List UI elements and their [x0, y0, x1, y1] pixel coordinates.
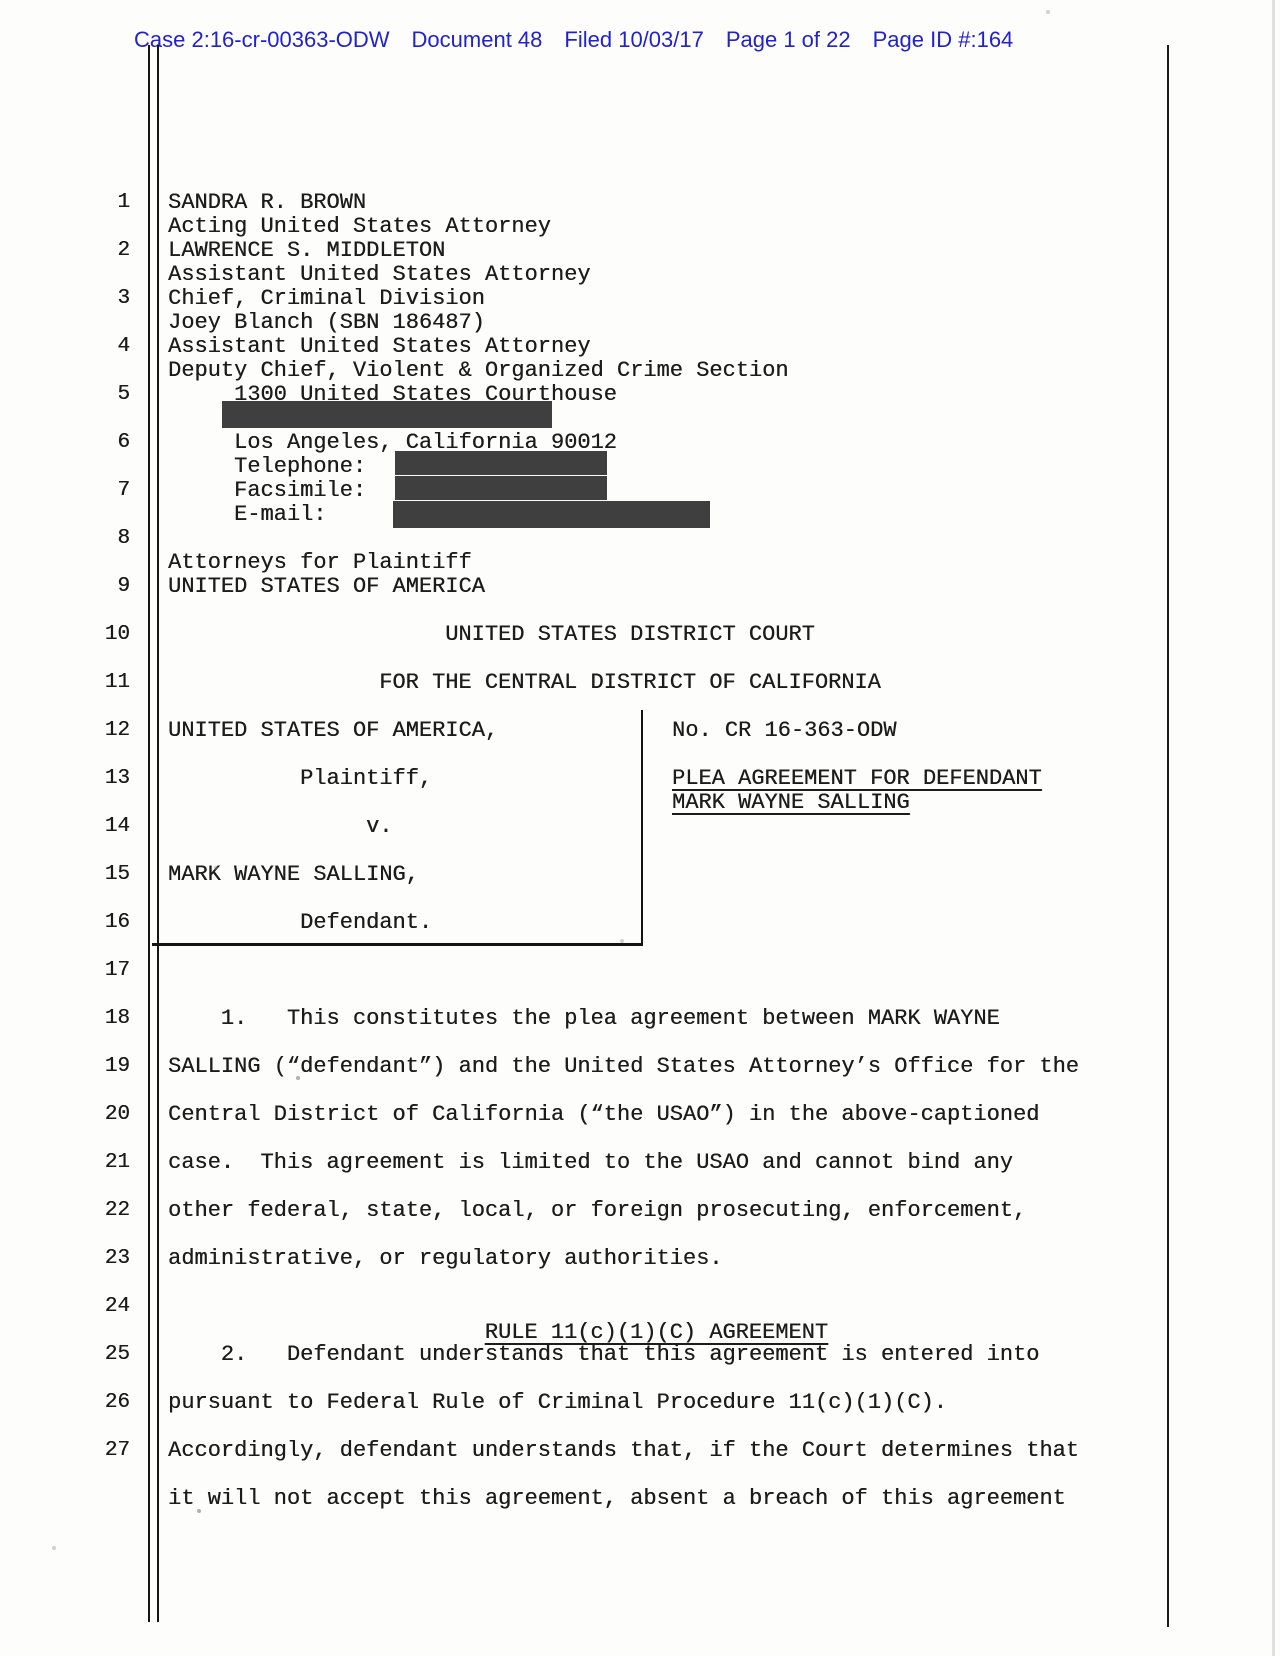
telephone-label: Telephone:	[168, 454, 366, 480]
pleading-left-double-rule	[148, 45, 159, 1622]
line-number-23: 23	[70, 1246, 130, 1272]
caption-case-number: No. CR 16-363-ODW	[672, 718, 896, 744]
line-number-2: 2	[70, 238, 130, 264]
scanned-court-document-page: Case 2:16-cr-00363-ODW Document 48 Filed…	[0, 0, 1280, 1656]
line-number-21: 21	[70, 1150, 130, 1176]
line-number-3: 3	[70, 286, 130, 312]
redaction-bar-facsimile	[395, 476, 607, 500]
line-number-1: 1	[70, 190, 130, 216]
line-number-15: 15	[70, 862, 130, 888]
line-number-27: 27	[70, 1438, 130, 1464]
scan-speck	[197, 1509, 201, 1513]
body-line: Central District of California (“the USA…	[168, 1102, 1039, 1128]
body-line: 2. Defendant understands that this agree…	[168, 1342, 1039, 1368]
body-line: administrative, or regulatory authoritie…	[168, 1246, 723, 1272]
body-line: Accordingly, defendant understands that,…	[168, 1438, 1079, 1464]
redaction-bar-email	[393, 501, 710, 528]
line-number-10: 10	[70, 622, 130, 648]
line-number-20: 20	[70, 1102, 130, 1128]
line-number-16: 16	[70, 910, 130, 936]
scan-speck	[296, 1076, 300, 1080]
pleading-right-rule	[1167, 45, 1169, 1627]
facsimile-label: Facsimile:	[168, 478, 366, 504]
caption-versus: v.	[168, 814, 392, 840]
attorney-line: SANDRA R. BROWN	[168, 190, 366, 216]
line-number-12: 12	[70, 718, 130, 744]
court-district: FOR THE CENTRAL DISTRICT OF CALIFORNIA	[168, 670, 1092, 696]
body-line: other federal, state, local, or foreign …	[168, 1198, 1026, 1224]
scan-edge-artifact	[1272, 0, 1275, 1656]
body-line: case. This agreement is limited to the U…	[168, 1150, 1013, 1176]
line-number-7: 7	[70, 478, 130, 504]
line-number-24: 24	[70, 1294, 130, 1320]
scan-speck	[52, 1546, 56, 1550]
stamp-page-id: Page ID #:164	[873, 28, 1014, 52]
line-number-6: 6	[70, 430, 130, 456]
body-line: 1. This constitutes the plea agreement b…	[168, 1006, 1000, 1032]
line-number-13: 13	[70, 766, 130, 792]
caption-plaintiff-name: UNITED STATES OF AMERICA,	[168, 718, 498, 744]
stamp-page-count: Page 1 of 22	[726, 28, 851, 52]
scan-speck	[620, 939, 624, 943]
court-title: UNITED STATES DISTRICT COURT	[168, 622, 1092, 648]
attorney-line: Joey Blanch (SBN 186487)	[168, 310, 485, 336]
attorney-line: Chief, Criminal Division	[168, 286, 485, 312]
scan-speck	[214, 866, 218, 870]
plaintiff-usa-line: UNITED STATES OF AMERICA	[168, 574, 485, 600]
scan-speck	[1046, 10, 1050, 14]
line-number-26: 26	[70, 1390, 130, 1416]
line-number-11: 11	[70, 670, 130, 696]
line-number-17: 17	[70, 958, 130, 984]
attorney-line: Assistant United States Attorney	[168, 262, 590, 288]
line-number-5: 5	[70, 382, 130, 408]
line-number-14: 14	[70, 814, 130, 840]
redaction-bar-address	[222, 401, 552, 428]
redaction-bar-telephone	[395, 451, 607, 475]
line-number-18: 18	[70, 1006, 130, 1032]
line-number-19: 19	[70, 1054, 130, 1080]
caption-box-vertical-line	[641, 710, 643, 946]
caption-box-bottom-border	[152, 943, 643, 946]
attorney-line: Deputy Chief, Violent & Organized Crime …	[168, 358, 789, 384]
stamp-case-number: Case 2:16-cr-00363-ODW	[134, 28, 390, 52]
attorney-line: Assistant United States Attorney	[168, 334, 590, 360]
document-title-line2: MARK WAYNE SALLING	[672, 790, 910, 816]
caption-defendant-name: MARK WAYNE SALLING,	[168, 862, 419, 888]
body-line: SALLING (“defendant”) and the United Sta…	[168, 1054, 1079, 1080]
body-line: pursuant to Federal Rule of Criminal Pro…	[168, 1390, 947, 1416]
line-number-4: 4	[70, 334, 130, 360]
caption-defendant-label: Defendant.	[168, 910, 432, 936]
attorney-line: Acting United States Attorney	[168, 214, 551, 240]
document-title-line1: PLEA AGREEMENT FOR DEFENDANT	[672, 766, 1042, 792]
stamp-document-number: Document 48	[412, 28, 543, 52]
ecf-header-stamp: Case 2:16-cr-00363-ODW Document 48 Filed…	[134, 28, 1013, 52]
caption-plaintiff-label: Plaintiff,	[168, 766, 432, 792]
attorneys-for-line: Attorneys for Plaintiff	[168, 550, 472, 576]
email-label: E-mail:	[168, 502, 326, 528]
line-number-22: 22	[70, 1198, 130, 1224]
attorney-line: LAWRENCE S. MIDDLETON	[168, 238, 445, 264]
line-number-9: 9	[70, 574, 130, 600]
line-number-8: 8	[70, 526, 130, 552]
body-line: it will not accept this agreement, absen…	[168, 1486, 1066, 1512]
line-number-25: 25	[70, 1342, 130, 1368]
stamp-filed-date: Filed 10/03/17	[564, 28, 703, 52]
